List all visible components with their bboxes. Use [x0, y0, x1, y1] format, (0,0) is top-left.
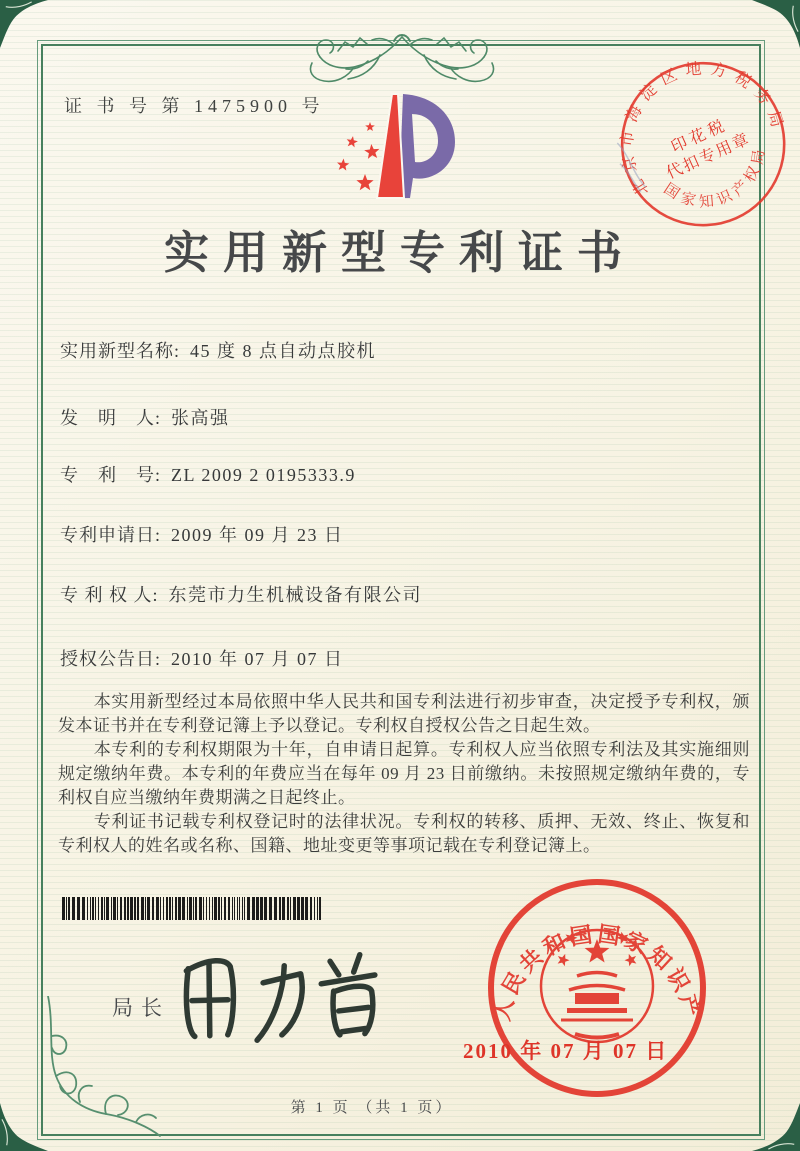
national-emblem-icon: [541, 930, 653, 1042]
patent-certificate-page: 证 书 号 第 1475900 号 北京市海淀区地方税务局 国家知识产权局: [0, 0, 800, 1151]
seal-date: 2010 年 07 月 07 日: [463, 1035, 668, 1065]
corner-ornament-bottom-left: [0, 1103, 48, 1151]
official-seal: 中华人民共和国国家知识产权局: [479, 870, 715, 1106]
corner-ornament-bottom-right: [752, 1103, 800, 1151]
dragon-ornament-top: [268, 13, 536, 91]
corner-ornament-top-left: [0, 0, 48, 48]
floral-ornament-bottom-left: [40, 996, 175, 1138]
